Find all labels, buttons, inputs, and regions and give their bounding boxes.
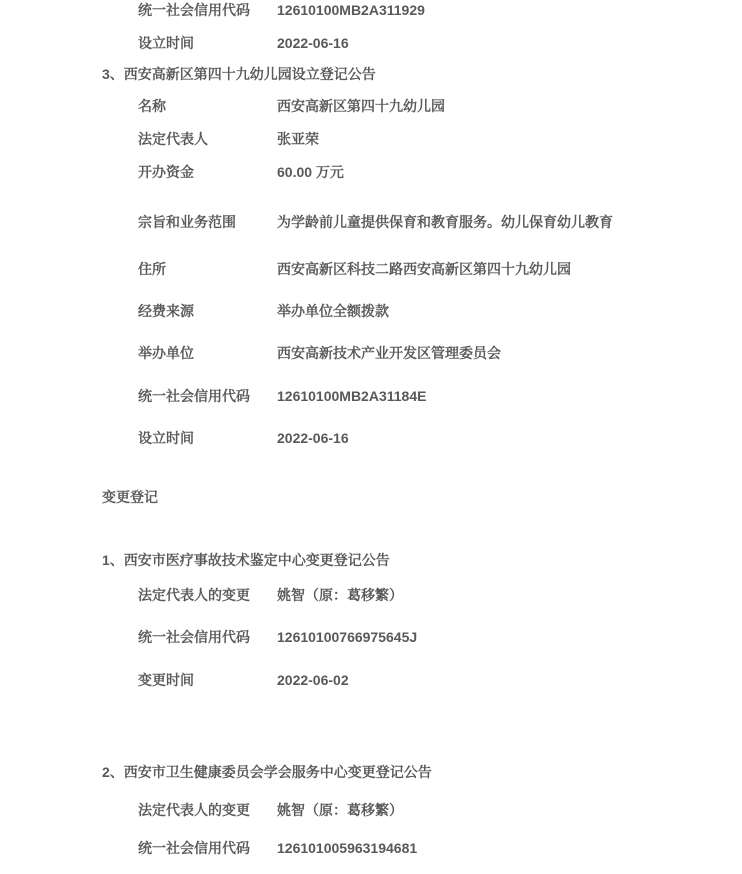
field-row: 名称 西安高新区第四十九幼儿园 — [138, 97, 445, 115]
field-row: 统一社会信用代码 12610100766975645J — [138, 628, 417, 646]
field-row: 举办单位 西安高新技术产业开发区管理委员会 — [138, 344, 501, 362]
field-row: 设立时间 2022-06-16 — [138, 34, 349, 52]
field-value: 为学龄前儿童提供保育和教育服务。幼儿保育幼儿教育 — [277, 213, 613, 231]
registration-announcement-document: 统一社会信用代码 12610100MB2A311929 设立时间 2022-06… — [0, 0, 742, 874]
field-value: 12610100MB2A31184E — [277, 387, 426, 405]
field-value: 2022-06-16 — [277, 34, 349, 52]
announcement-title: 3、西安高新区第四十九幼儿园设立登记公告 — [102, 65, 376, 83]
field-label: 法定代表人的变更 — [138, 801, 277, 819]
field-row: 经费来源 举办单位全额拨款 — [138, 302, 389, 320]
field-row: 宗旨和业务范围 为学龄前儿童提供保育和教育服务。幼儿保育幼儿教育 — [138, 213, 613, 231]
field-value: 西安高新区第四十九幼儿园 — [277, 97, 445, 115]
field-row: 统一社会信用代码 12610100MB2A31184E — [138, 387, 426, 405]
field-value: 举办单位全额拨款 — [277, 302, 389, 320]
field-value: 2022-06-16 — [277, 429, 349, 447]
field-row: 统一社会信用代码 12610100MB2A311929 — [138, 1, 425, 19]
field-label: 变更时间 — [138, 671, 277, 689]
field-row: 法定代表人的变更 姚智（原：葛移繁） — [138, 801, 403, 819]
field-row: 设立时间 2022-06-16 — [138, 429, 349, 447]
field-label: 统一社会信用代码 — [138, 628, 277, 646]
field-label: 宗旨和业务范围 — [138, 213, 277, 231]
field-row: 变更时间 2022-06-02 — [138, 671, 349, 689]
field-value: 姚智（原：葛移繁） — [277, 586, 403, 604]
field-label: 经费来源 — [138, 302, 277, 320]
field-label: 设立时间 — [138, 429, 277, 447]
field-value: 西安高新区科技二路西安高新区第四十九幼儿园 — [277, 260, 571, 278]
field-row: 住所 西安高新区科技二路西安高新区第四十九幼儿园 — [138, 260, 571, 278]
field-value: 12610100766975645J — [277, 628, 417, 646]
field-label: 设立时间 — [138, 34, 277, 52]
announcement-title: 2、西安市卫生健康委员会学会服务中心变更登记公告 — [102, 763, 432, 781]
field-label: 举办单位 — [138, 344, 277, 362]
field-label: 法定代表人 — [138, 130, 277, 148]
field-row: 开办资金 60.00 万元 — [138, 163, 344, 181]
field-value: 2022-06-02 — [277, 671, 349, 689]
field-row: 法定代表人的变更 姚智（原：葛移繁） — [138, 586, 403, 604]
field-label: 开办资金 — [138, 163, 277, 181]
field-label: 统一社会信用代码 — [138, 387, 277, 405]
field-value: 126101005963194681 — [277, 839, 417, 857]
field-value: 张亚荣 — [277, 130, 319, 148]
field-value: 12610100MB2A311929 — [277, 1, 425, 19]
field-value: 西安高新技术产业开发区管理委员会 — [277, 344, 501, 362]
announcement-title: 1、西安市医疗事故技术鉴定中心变更登记公告 — [102, 551, 390, 569]
field-row: 法定代表人 张亚荣 — [138, 130, 319, 148]
field-label: 统一社会信用代码 — [138, 1, 277, 19]
field-label: 住所 — [138, 260, 277, 278]
field-row: 统一社会信用代码 126101005963194681 — [138, 839, 417, 857]
field-value: 60.00 万元 — [277, 163, 344, 181]
field-value: 姚智（原：葛移繁） — [277, 801, 403, 819]
section-title: 变更登记 — [102, 488, 158, 506]
field-label: 统一社会信用代码 — [138, 839, 277, 857]
field-label: 法定代表人的变更 — [138, 586, 277, 604]
field-label: 名称 — [138, 97, 277, 115]
